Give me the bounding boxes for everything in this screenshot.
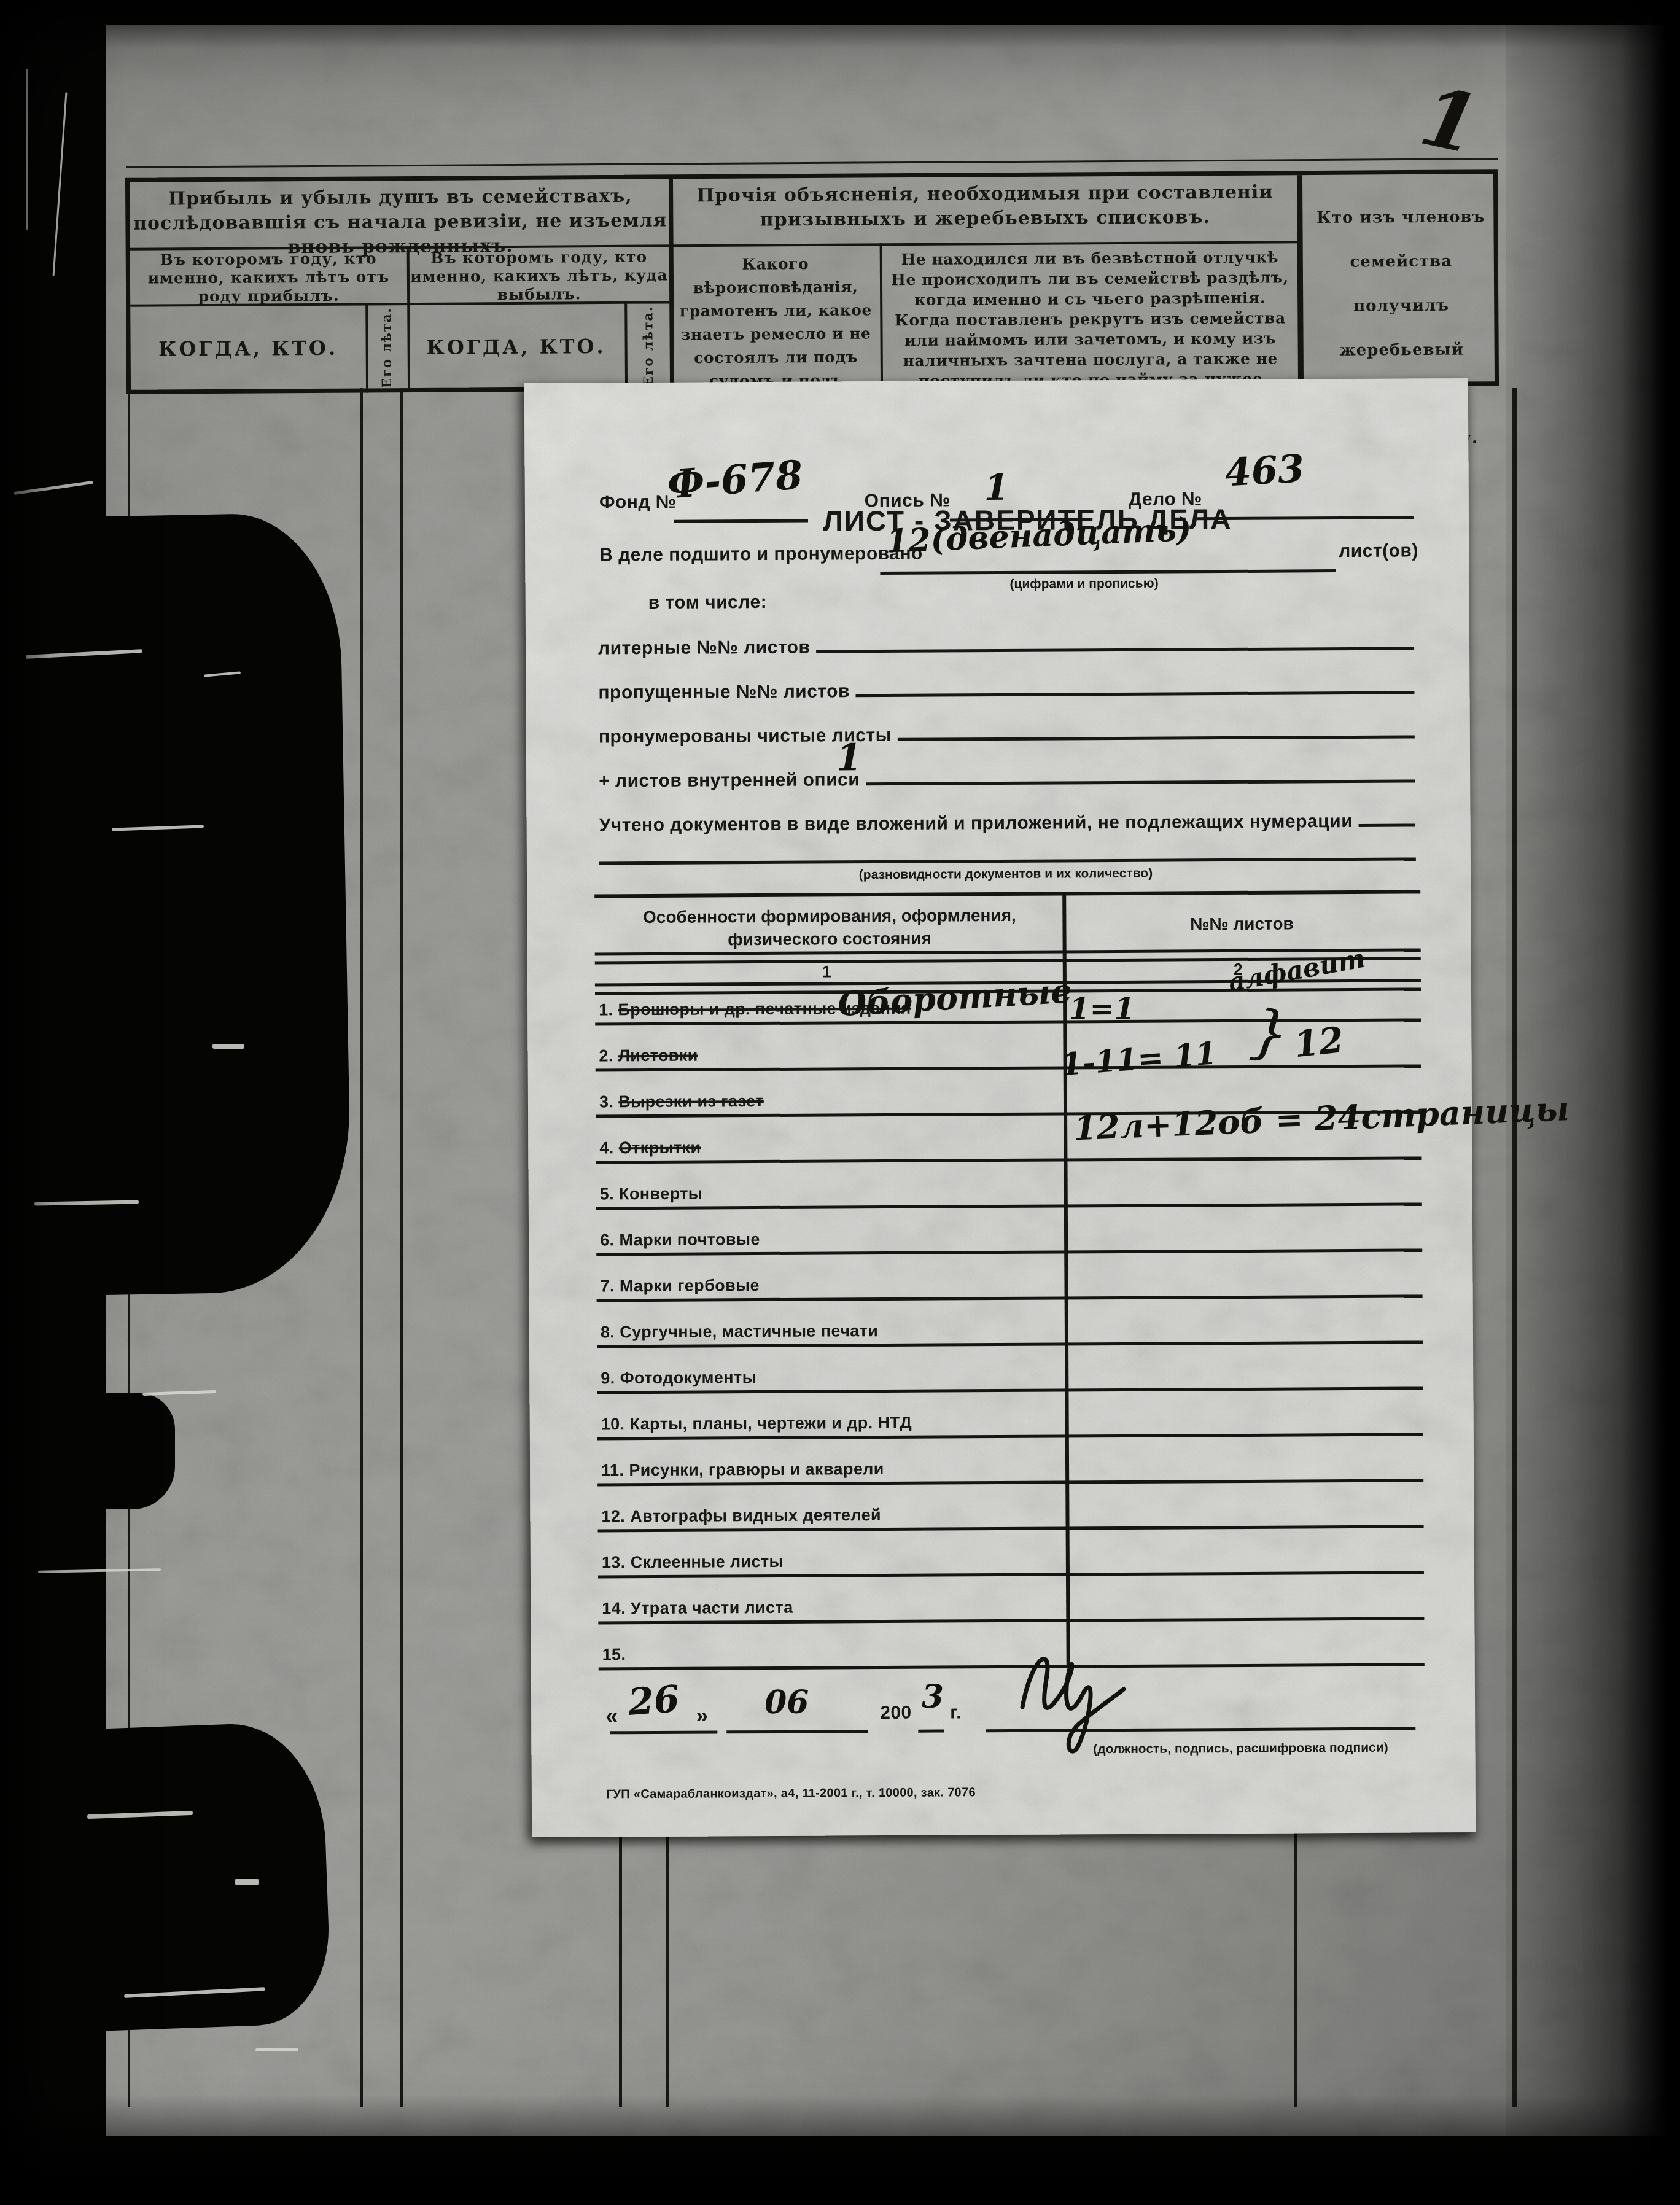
table-row: Сургучные, мастичные печати: [620, 1321, 878, 1341]
revision-ledger-header: Прибыль и убыль душъ въ семействахъ, пос…: [125, 169, 1499, 394]
his-years-2: Его лѣта.: [624, 301, 672, 391]
date-year: 3: [922, 1678, 944, 1715]
digits-note: (цифрами и прописью): [955, 576, 1213, 592]
opis-value: 1: [984, 467, 1009, 508]
table-row: Марки почтовые: [619, 1230, 760, 1249]
when-who-2: КОГДА, КТО.: [407, 301, 625, 392]
table-col2-header: №№ листов: [1064, 911, 1419, 936]
table-row: Марки гербовые: [620, 1276, 760, 1295]
field-label: литерные №№ листов: [598, 637, 811, 659]
certification-sheet: ЛИСТ - ЗАВЕРИТЕЛЬ ДЕЛА Фонд № Ф-678 Опис…: [524, 378, 1476, 1837]
table-row: Конверты: [619, 1184, 702, 1204]
inner-inventory-value: 1: [836, 736, 862, 779]
signature-scribble: [1003, 1633, 1164, 1756]
sheets-label: лист(ов): [1339, 540, 1418, 562]
table-row: Рисунки, гравюры и акварели: [629, 1460, 884, 1479]
date-month: 06: [764, 1684, 809, 1721]
binding-bump: [92, 1393, 175, 1509]
close-quote: »: [696, 1702, 709, 1728]
fond-value: Ф-678: [666, 452, 804, 508]
open-quote: «: [605, 1703, 618, 1729]
table-row: Вырезки из газет: [618, 1092, 764, 1111]
page-edge-shading: [1506, 22, 1666, 2142]
right-section-title: Кто изъ членовъ семейства получилъ жереб…: [1299, 174, 1503, 387]
when-who-1: КОГДА, КТО.: [130, 303, 366, 394]
ledger-rule: [360, 388, 363, 2107]
print-shop-footer: ГУП «Самарабланкоиздат», а4, 11-2001 г.,…: [606, 1786, 976, 1802]
table-row: Листовки: [618, 1046, 698, 1065]
middle-section-title: Прочія объясненія, необходимыя при соста…: [671, 175, 1300, 244]
table-row: Карты, планы, чертежи и др. НТД: [629, 1414, 912, 1433]
top-edge: [0, 0, 1680, 25]
field-label: Учтено документов в виде вложений и прил…: [599, 811, 1353, 836]
table-row: Фотодокументы: [620, 1368, 757, 1387]
bottom-edge: [0, 2136, 1680, 2205]
fond-label: Фонд №: [599, 492, 677, 513]
col1-number: 1: [822, 962, 831, 981]
table-row: Утрата части листа: [631, 1598, 793, 1617]
binding-clamp-top: [66, 512, 352, 1296]
absence-recruit-cell: Не находился ли въ безвѣстной отлучкѣ Не…: [880, 241, 1301, 389]
signature-note: (должность, подпись, расшифровка подписи…: [1059, 1740, 1421, 1757]
row2-count: 1-11= 11: [1060, 1035, 1218, 1083]
delo-value: 463: [1224, 446, 1305, 495]
table-top-border: [594, 890, 1420, 898]
left-section-title: Прибыль и убыль душъ въ семействахъ, пос…: [130, 179, 671, 247]
religion-literacy-cell: Какого вѣроисповѣданія, грамотенъ ли, ка…: [671, 243, 881, 391]
table-row: Автографы видных деятелей: [630, 1506, 881, 1525]
year-suffix: г.: [950, 1702, 962, 1723]
brace-total: 12: [1292, 1019, 1346, 1065]
row1-handwritten-text: Оборотные: [837, 971, 1073, 1024]
brace-mark: }: [1246, 996, 1293, 1069]
year-prefix: 200: [880, 1703, 912, 1724]
binding-clamp-bottom: [64, 1721, 332, 2032]
field-label: пропущенные №№ листов: [598, 681, 850, 703]
delo-label: Дело №: [1129, 489, 1202, 510]
field-label: + листов внутренней описи: [599, 769, 860, 791]
table-col1-header: Особенности формирования, оформления, фи…: [594, 903, 1064, 951]
date-day: 26: [627, 1678, 682, 1724]
ledger-rule: [400, 388, 403, 2107]
table-row: Открытки: [619, 1138, 701, 1157]
scanned-archival-page: 1 Прибыль и убыль душъ въ семействахъ, п…: [0, 0, 1680, 2205]
table-row: Склеенные листы: [631, 1552, 784, 1571]
bound-label: В деле подшито и пронумеровано: [599, 543, 923, 566]
row1-count: 1=1: [1069, 992, 1135, 1027]
right-edge: [1665, 0, 1680, 2205]
col-arrived-header: Въ которомъ году, кто именно, какихъ лѣт…: [130, 246, 408, 305]
his-years-1: Его лѣта.: [365, 303, 408, 392]
ledger-rule: [1512, 388, 1517, 2107]
including-label: в том числе:: [648, 592, 768, 613]
varieties-note: (разновидности документов и их количеств…: [834, 866, 1178, 882]
opis-label: Опись №: [865, 490, 951, 511]
col-departed-header: Въ которомъ году, кто именно, какихъ лѣт…: [407, 244, 672, 303]
